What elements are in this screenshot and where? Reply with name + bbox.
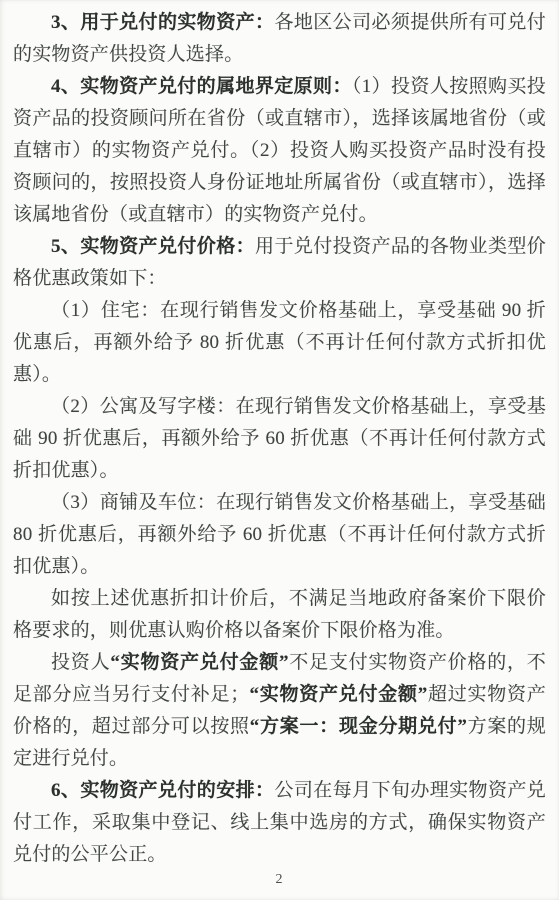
emphasis-run: “实物资产兑付金额” — [249, 684, 427, 705]
clause-5-redemption-price: 5、实物资产兑付价格：用于兑付投资产品的各物业类型价格优惠政策如下： — [13, 231, 546, 295]
clause-5-government-floor-price-note: 如按上述优惠折扣计价后，不满足当地政府备案价下限价格要求的，则优惠认购价格以备案… — [13, 583, 546, 647]
clause-6-redemption-arrangement: 6、实物资产兑付的安排：公司在每月下旬办理实物资产兑付工作，采取集中登记、线上集… — [13, 775, 546, 871]
clause-5-item-2-apartment-office: （2）公寓及写字楼：在现行销售发文价格基础上，享受基础 90 折优惠后，再额外给… — [13, 391, 546, 487]
text-run: 如按上述优惠折扣计价后，不满足当地政府备案价下限价格要求的，则优惠认购价格以备案… — [13, 588, 546, 641]
clause-4-territorial-definition-principle: 4、实物资产兑付的属地界定原则：（1）投资人按照购买投资产品的投资顾问所在省份（… — [13, 71, 546, 231]
document-page: 3、用于兑付的实物资产：各地区公司必须提供所有可兑付的实物资产供投资人选择。4、… — [0, 0, 559, 900]
page-footer: 2 — [0, 870, 559, 888]
emphasis-run: “方案一：现金分期兑付” — [250, 716, 467, 737]
text-run: （1）住宅：在现行销售发文价格基础上，享受基础 90 折优惠后，再额外给予 80… — [13, 300, 546, 385]
clause-5-amount-shortfall-excess-note: 投资人“实物资产兑付金额”不足支付实物资产价格的，不足部分应当另行支付补足；“实… — [13, 647, 546, 775]
clause-5-item-3-shop-parking: （3）商铺及车位：在现行销售发文价格基础上，享受基础 80 折优惠后，再额外给予… — [13, 487, 546, 583]
emphasis-run: 6、实物资产兑付的安排： — [51, 780, 274, 801]
clause-3-physical-assets-for-redemption: 3、用于兑付的实物资产：各地区公司必须提供所有可兑付的实物资产供投资人选择。 — [13, 7, 546, 71]
emphasis-run: 5、实物资产兑付价格： — [51, 236, 255, 257]
page-number: 2 — [276, 872, 284, 887]
emphasis-run: “实物资产兑付金额” — [110, 652, 288, 673]
clause-5-item-1-residential: （1）住宅：在现行销售发文价格基础上，享受基础 90 折优惠后，再额外给予 80… — [13, 295, 546, 391]
emphasis-run: 3、用于兑付的实物资产： — [51, 12, 274, 33]
text-run: （1）投资人按照购买投资产品的投资顾问所在省份（或直辖市），选择该属地省份（或直… — [13, 76, 546, 225]
document-body: 3、用于兑付的实物资产：各地区公司必须提供所有可兑付的实物资产供投资人选择。4、… — [0, 0, 559, 871]
text-run: （2）公寓及写字楼：在现行销售发文价格基础上，享受基础 90 折优惠后，再额外给… — [13, 396, 546, 481]
text-run: 投资人 — [51, 652, 110, 673]
emphasis-run: 4、实物资产兑付的属地界定原则： — [51, 76, 352, 97]
text-run: （3）商铺及车位：在现行销售发文价格基础上，享受基础 80 折优惠后，再额外给予… — [13, 492, 546, 577]
